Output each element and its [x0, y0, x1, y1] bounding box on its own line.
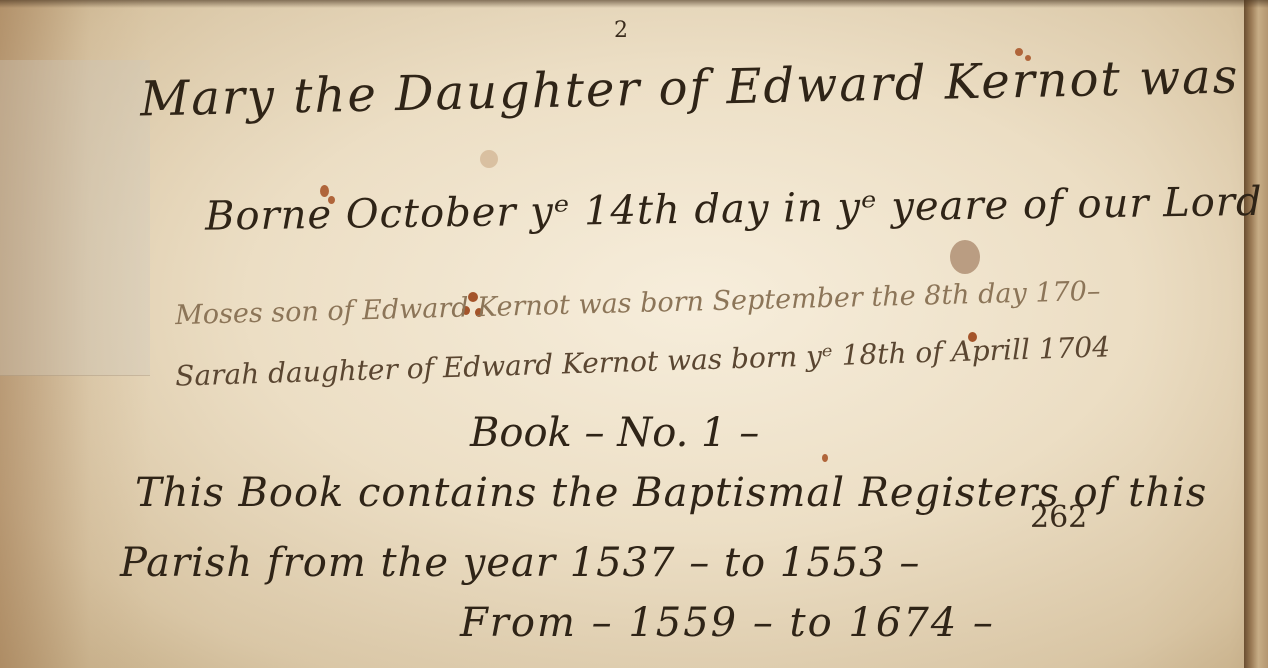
register-page: 2 Mary the Daughter of Edward Kernot was… [0, 0, 1268, 668]
paper-repair-patch [0, 60, 150, 376]
water-stain [950, 240, 980, 274]
book-heading: Book – No. 1 – [470, 410, 759, 456]
ink-stain [480, 150, 498, 168]
entry-sarah: Sarah daughter of Edward Kernot was born… [175, 330, 1111, 392]
note-line-2: Parish from the year 1537 – to 1553 – [120, 540, 920, 586]
entry-moses: Moses son of Edward Kernot was born Sept… [175, 276, 1101, 331]
entry-mary-line1: Mary the Daughter of Edward Kernot was [140, 48, 1240, 127]
ink-stain [822, 454, 828, 462]
book-gutter [1244, 0, 1268, 668]
page-number: 2 [614, 18, 628, 43]
page-top-shadow [0, 0, 1268, 8]
note-line-3: From – 1559 – to 1674 – [460, 600, 995, 646]
marginal-number: 262 [1030, 500, 1087, 535]
entry-mary-line2: Borne October yᵉ 14th day in yᵉ yeare of… [205, 176, 1268, 239]
